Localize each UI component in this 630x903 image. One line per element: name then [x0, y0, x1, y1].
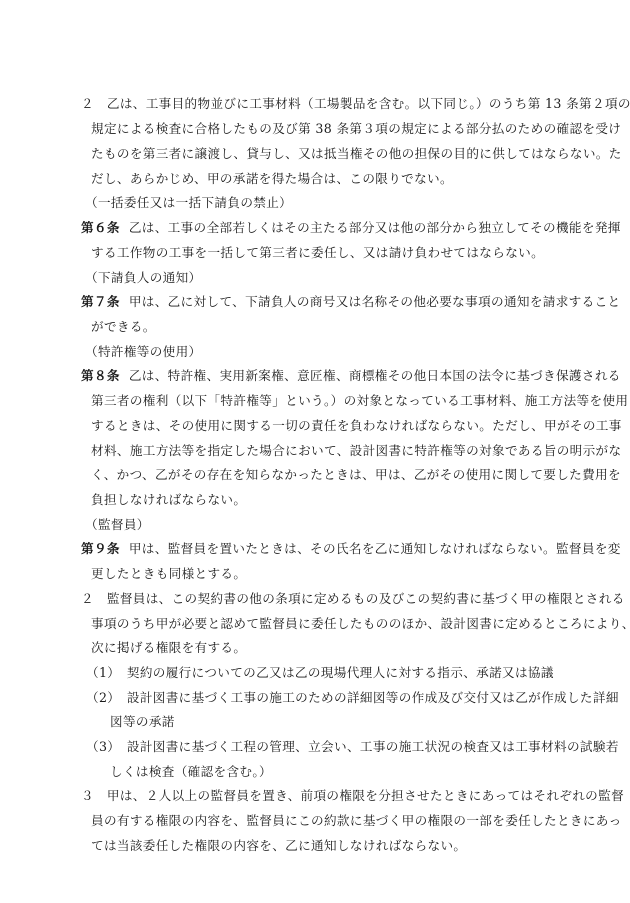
article-line: 第三者の権利（以下「特許権等」という。）の対象となっている工事材料、施工方法等を… [91, 393, 628, 409]
paragraph-number: ２ [81, 96, 107, 111]
article-caption: （一括委任又は一括下請負の禁止） [85, 195, 292, 211]
article-text: 乙は、特許権、実用新案権、意匠権、商標権その他日本国の法令に基づき保護される [129, 368, 621, 383]
paragraph-line: 事項のうち甲が必要と認めて監督員に委任したもののほか、設計図書に定めるところによ… [91, 616, 630, 632]
paragraph-text: 乙は、工事目的物並びに工事材料（工場製品を含む。以下同じ。）のうち第 13 条第… [107, 96, 630, 111]
list-item-continuation: 図等の承諾 [110, 714, 175, 730]
paragraph-line: 員の有する権限の内容を、監督員にこの約款に基づく甲の権限の一部を委任したときにあ… [91, 813, 622, 829]
paragraph-line: ２ 監督員は、この契約書の他の条項に定めるもの及びこの契約書に基づく甲の権限とさ… [81, 591, 625, 607]
item-number: （1） [86, 665, 127, 680]
article-number: 第９条 [81, 541, 120, 556]
article-line: 更したときも同様とする。 [91, 566, 246, 582]
paragraph-line: たものを第三者に譲渡し、貸与し、又は抵当権その他の担保の目的に供してはならない。… [91, 146, 622, 162]
paragraph-line: ては当該委任した権限の内容を、乙に通知しなければならない。 [91, 838, 466, 854]
list-item-continuation: しくは検査（確認を含む。） [110, 764, 272, 780]
paragraph-line: 規定による検査に合格したもの及び第 38 条第３項の規定による部分払のための確認… [91, 121, 621, 137]
item-number: （2） [86, 690, 127, 705]
paragraph-line: ３ 甲は、２人以上の監督員を置き、前項の権限を分担させたときにあってはそれぞれの… [81, 788, 624, 804]
paragraph-line: ２ 乙は、工事目的物並びに工事材料（工場製品を含む。以下同じ。）のうち第 13 … [81, 96, 630, 112]
item-text: 設計図書に基づく工程の管理、立会い、工事の施工状況の検査又は工事材料の試験若 [127, 739, 619, 754]
paragraph-line: 次に掲げる権限を有する。 [91, 640, 246, 656]
list-item: （1） 契約の履行についての乙又は乙の現場代理人に対する指示、承諾又は協議 [86, 665, 554, 681]
item-text: 契約の履行についての乙又は乙の現場代理人に対する指示、承諾又は協議 [127, 665, 554, 680]
paragraph-number: ２ [81, 591, 107, 606]
article-line: 材料、施工方法等を指定した場合において、設計図書に特許権等の対象である旨の明示が… [91, 443, 621, 459]
document-page: ２ 乙は、工事目的物並びに工事材料（工場製品を含む。以下同じ。）のうち第 13 … [0, 0, 630, 903]
article-text: 甲は、乙に対して、下請負人の商号又は名称その他必要な事項の通知を請求すること [129, 294, 621, 309]
article-line: 第８条乙は、特許権、実用新案権、意匠権、商標権その他日本国の法令に基づき保護され… [81, 368, 621, 384]
article-line: 第６条乙は、工事の全部若しくはその主たる部分又は他の部分から独立してその機能を発… [81, 220, 621, 236]
article-number: 第６条 [81, 220, 120, 235]
article-text: 甲は、監督員を置いたときは、その氏名を乙に通知しなければならない。監督員を変 [129, 541, 621, 556]
article-line: ができる。 [91, 319, 156, 335]
paragraph-text: 監督員は、この契約書の他の条項に定めるもの及びこの契約書に基づく甲の権限とされる [107, 591, 625, 606]
article-line: するときは、その使用に関する一切の責任を負わなければならない。ただし、甲がその工… [91, 418, 622, 434]
article-line: 負担しなければならない。 [91, 492, 246, 508]
article-line: 第７条甲は、乙に対して、下請負人の商号又は名称その他必要な事項の通知を請求するこ… [81, 294, 620, 310]
article-caption: （特許権等の使用） [85, 344, 202, 360]
article-text: 乙は、工事の全部若しくはその主たる部分又は他の部分から独立してその機能を発揮 [129, 220, 621, 235]
paragraph-line: だし、あらかじめ、甲の承諾を得た場合は、この限りでない。 [91, 171, 453, 187]
paragraph-number: ３ [81, 788, 107, 803]
article-line: 第９条甲は、監督員を置いたときは、その氏名を乙に通知しなければならない。監督員を… [81, 541, 621, 557]
item-text: 設計図書に基づく工事の施工のための詳細図等の作成及び交付又は乙が作成した詳細 [127, 690, 619, 705]
article-number: 第８条 [81, 368, 120, 383]
paragraph-text: 甲は、２人以上の監督員を置き、前項の権限を分担させたときにあってはそれぞれの監督 [107, 788, 624, 803]
list-item: （2） 設計図書に基づく工事の施工のための詳細図等の作成及び交付又は乙が作成した… [86, 690, 619, 706]
list-item: （3） 設計図書に基づく工程の管理、立会い、工事の施工状況の検査又は工事材料の試… [86, 739, 619, 755]
article-caption: （下請負人の通知） [85, 270, 202, 286]
item-number: （3） [86, 739, 127, 754]
article-line: く、かつ、乙がその存在を知らなかったときは、甲は、乙がその使用に関して要した費用… [91, 467, 621, 483]
article-line: する工作物の工事を一括して第三者に委任し、又は請け負わせてはならない。 [91, 245, 544, 261]
article-caption: （監督員） [85, 517, 150, 533]
article-number: 第７条 [81, 294, 120, 309]
